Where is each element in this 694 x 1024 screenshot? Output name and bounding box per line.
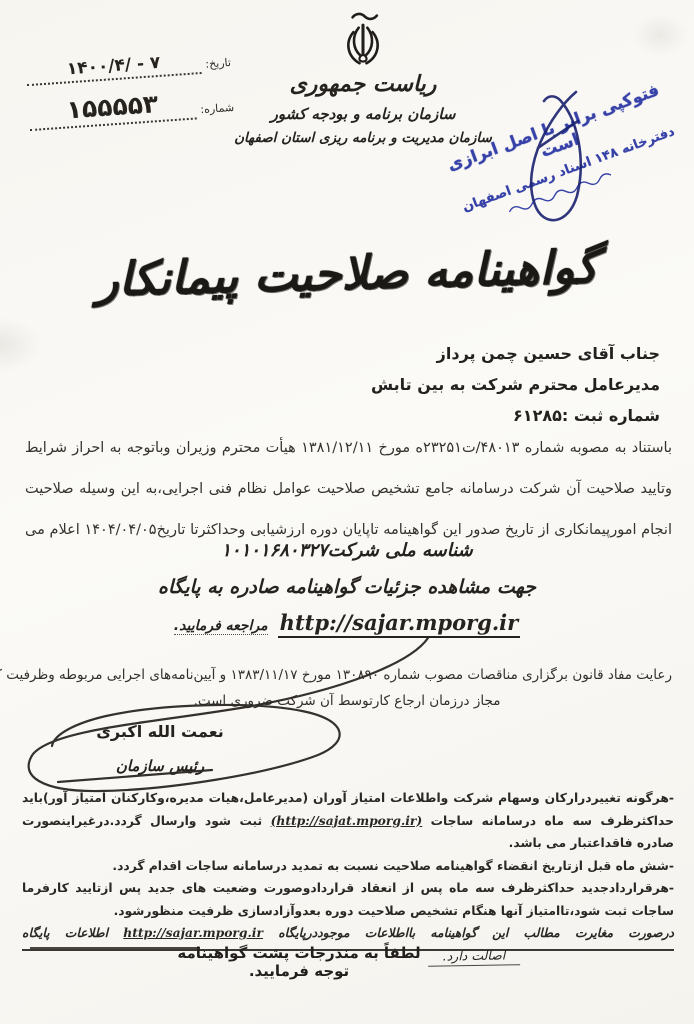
note4-pre: درصورت مغایرت مطالب این گواهینامه بااطلا… xyxy=(278,926,674,940)
org-isfahan-mpo: سازمان مدیریت و برنامه ریزی استان اصفهان xyxy=(233,130,493,146)
addressee-name: جناب آقای حسین چمن پرداز xyxy=(371,338,660,369)
date-row: تاریخ: ۱۴۰۰/۴/ - ۷ xyxy=(25,48,231,86)
note3-line2: ساجات ثبت شود،تاامتیاز آنها هنگام تشخیص … xyxy=(22,900,674,923)
portal-action-text: مراجعه فرمایید. xyxy=(174,618,268,635)
number-row: شماره: ۱۵۵۵۵۳ xyxy=(28,84,235,131)
number-label: شماره: xyxy=(200,101,235,119)
note1-line3: صادره فاقداعتبار می باشد. xyxy=(22,832,674,855)
portal-intro: جهت مشاهده جزئیات گواهینامه صادره به پای… xyxy=(0,576,694,598)
body-paragraph: باستناد به مصوبه شماره ۴۸۰۱۳/ت۲۳۲۵۱ه مور… xyxy=(25,428,672,551)
tender-law-line-1: رعایت مفاد قانون برگزاری مناقصات مصوب شم… xyxy=(25,655,672,696)
sajar-url: http://sajar.mporg.ir xyxy=(278,610,521,638)
note1-line2: حداکثرظرف سه ماه درسامانه ساجات (http://… xyxy=(22,810,674,833)
scanned-certificate-page: ریاست جمهوری سازمان برنامه و بودجه کشور … xyxy=(0,0,694,1024)
date-value: ۱۴۰۰/۴/ - ۷ xyxy=(66,53,161,79)
note3-line1: -هرقراردادجدید حداکثرظرف سه ماه پس از ان… xyxy=(22,877,674,900)
addressee-role-company: مدیرعامل محترم شرکت به بین تابش xyxy=(371,369,660,400)
signatory-title: رئیس سازمان xyxy=(85,757,235,775)
note4-post: اطلاعات پایگاه xyxy=(22,926,108,940)
date-label: تاریخ: xyxy=(205,56,232,74)
org-presidency: ریاست جمهوری xyxy=(233,72,493,97)
number-value: ۱۵۵۵۵۳ xyxy=(28,86,197,131)
company-national-id: شناسه ملی شرکت۱۰۱۰۱۶۸۰۳۲۷ xyxy=(0,540,694,561)
sajar-url-footnote: http://sajar.mporg.ir xyxy=(123,922,263,943)
addressee-block: جناب آقای حسین چمن پرداز مدیرعامل محترم … xyxy=(371,338,660,431)
letterhead: ریاست جمهوری سازمان برنامه و بودجه کشور … xyxy=(233,8,493,146)
authenticity-note: اصالت دارد. xyxy=(428,947,520,967)
date-number-block: تاریخ: ۱۴۰۰/۴/ - ۷ شماره: ۱۵۵۵۵۳ xyxy=(25,48,235,143)
body-line-2: وتایید صلاحیت آن شرکت درسامانه جامع تشخی… xyxy=(25,469,672,510)
body-line-1: باستناد به مصوبه شماره ۴۸۰۱۳/ت۲۳۲۵۱ه مور… xyxy=(25,428,672,469)
note1-line1: -هرگونه تغییردرارکان وسهام شرکت واطلاعات… xyxy=(22,787,674,810)
back-page-attention: لطفاً به مندرجات پشت گواهینامه توجه فرما… xyxy=(160,944,438,980)
registration-number: شماره ثبت :۶۱۲۸۵ xyxy=(371,400,660,431)
signatory-name: نعمت الله اکبری xyxy=(70,722,250,741)
sajat-url: (http://sajat.mporg.ir) xyxy=(271,810,423,833)
portal-url-line: http://sajar.mporg.ir مراجعه فرمایید. xyxy=(0,610,694,638)
tender-law-line-2: مجاز درزمان ارجاع کارتوسط آن شرکت ضروری … xyxy=(0,693,694,709)
footnotes: -هرگونه تغییردرارکان وسهام شرکت واطلاعات… xyxy=(22,787,674,951)
org-plan-budget: سازمان برنامه و بودجه کشور xyxy=(233,105,493,123)
certificate-title: گواهینامه صلاحیت پیمانکار xyxy=(0,237,694,309)
note2: -شش ماه قبل ازتاریخ انقضاء گواهینامه صلا… xyxy=(22,855,674,878)
iran-emblem-icon xyxy=(337,8,389,70)
note1-line2-pre: حداکثرظرف سه ماه درسامانه ساجات xyxy=(431,814,674,828)
